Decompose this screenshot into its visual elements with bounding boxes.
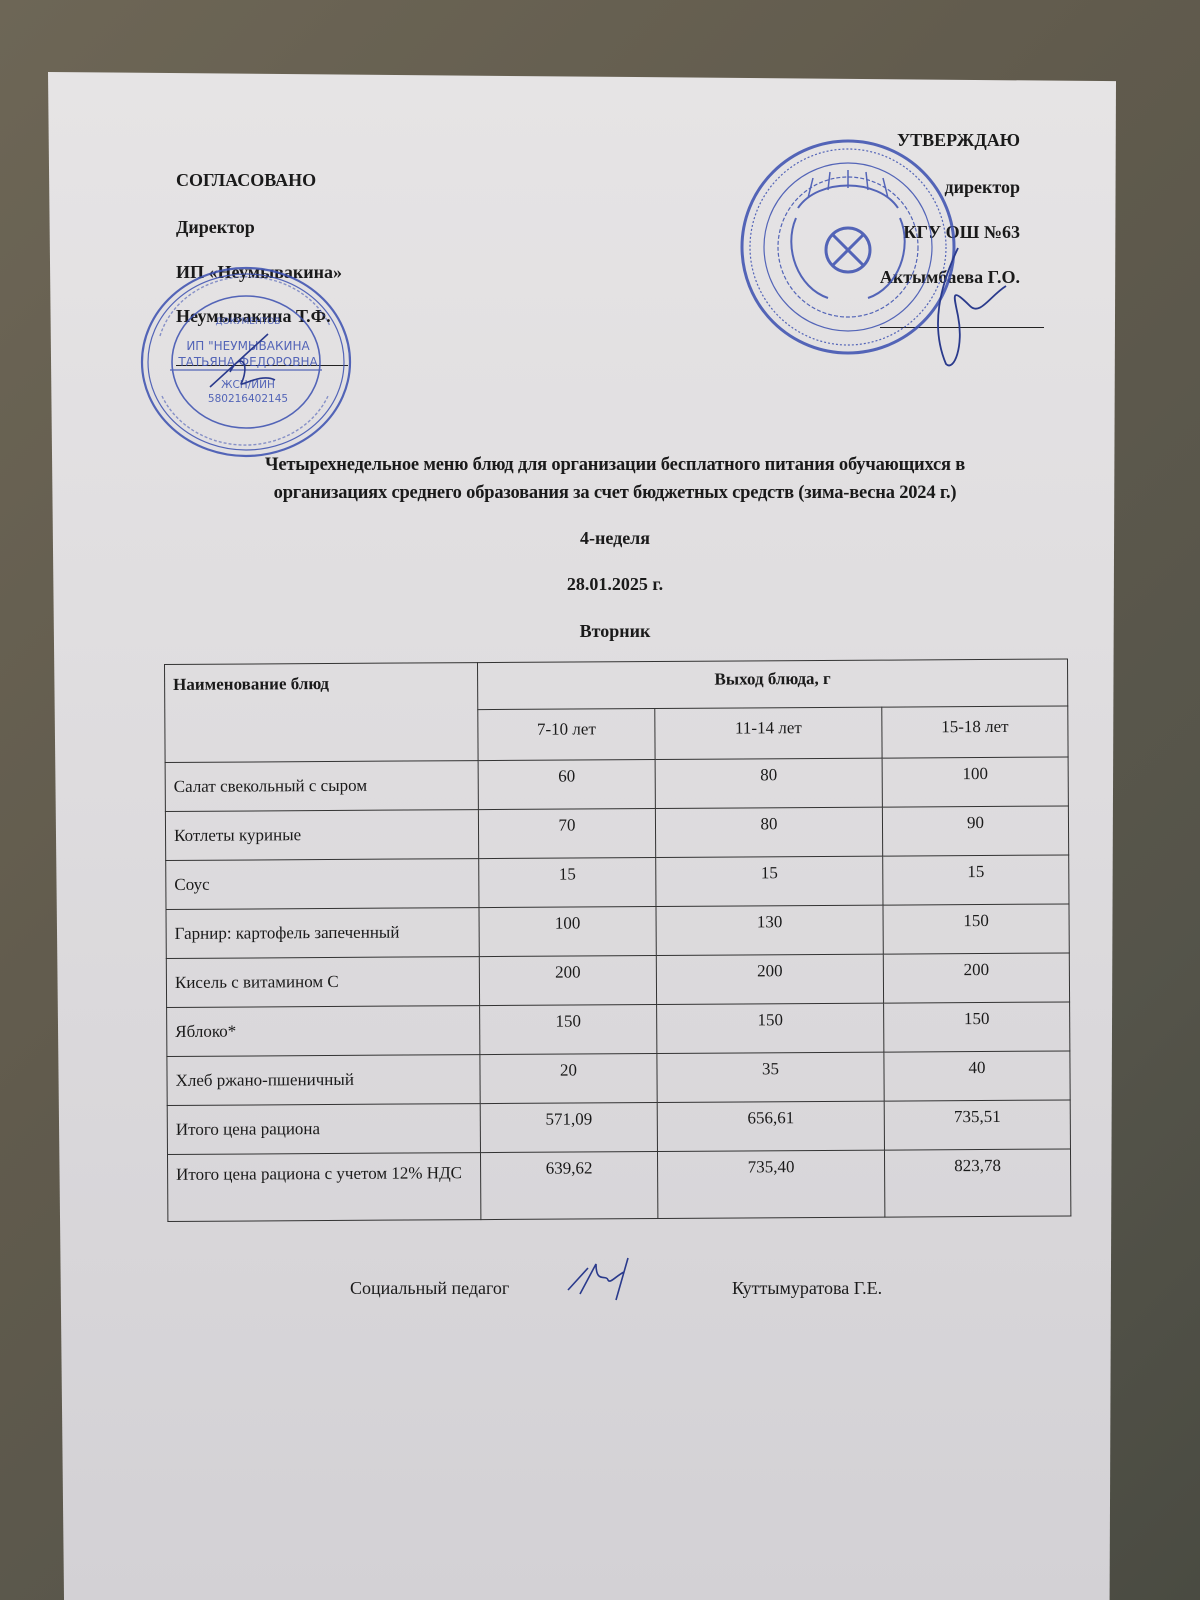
column-header-age-15-18: 15-18 лет bbox=[882, 706, 1068, 758]
yield-value-cell: 90 bbox=[882, 806, 1068, 856]
yield-value-cell: 40 bbox=[884, 1051, 1070, 1101]
dish-name-cell: Соус bbox=[166, 859, 479, 910]
yield-value-cell: 70 bbox=[478, 809, 655, 859]
yield-value-cell: 15 bbox=[479, 858, 656, 908]
svg-text:580216402145: 580216402145 bbox=[208, 393, 288, 405]
dish-name-cell: Кисель с витамином С bbox=[166, 957, 479, 1008]
dish-name-cell: Итого цена рациона с учетом 12% НДС bbox=[167, 1153, 480, 1222]
table-row: Кисель с витамином С200200200 bbox=[166, 953, 1069, 1008]
dish-name-cell: Яблоко* bbox=[167, 1006, 480, 1057]
yield-value-cell: 200 bbox=[883, 953, 1069, 1003]
yield-value-cell: 15 bbox=[883, 855, 1069, 905]
table-row: Хлеб ржано-пшеничный203540 bbox=[167, 1051, 1070, 1106]
yield-value-cell: 823,78 bbox=[884, 1149, 1070, 1217]
document-title-line2: организациях среднего образования за сче… bbox=[170, 479, 1060, 507]
yield-value-cell: 60 bbox=[478, 760, 655, 810]
yield-value-cell: 100 bbox=[882, 757, 1068, 807]
dish-name-cell: Хлеб ржано-пшеничный bbox=[167, 1055, 480, 1106]
yield-value-cell: 150 bbox=[657, 1003, 884, 1053]
yield-value-cell: 735,51 bbox=[884, 1100, 1070, 1150]
yield-value-cell: 200 bbox=[656, 954, 883, 1004]
table-row: Котлеты куриные708090 bbox=[165, 806, 1068, 861]
yield-value-cell: 735,40 bbox=[657, 1150, 884, 1218]
document-title-line1: Четырехнедельное меню блюд для организац… bbox=[170, 451, 1060, 479]
table-row: Итого цена рациона571,09656,61735,51 bbox=[167, 1100, 1070, 1155]
yield-value-cell: 20 bbox=[480, 1053, 657, 1103]
dish-name-cell: Салат свекольный с сыром bbox=[165, 761, 478, 812]
table-row: Яблоко*150150150 bbox=[167, 1002, 1070, 1057]
yield-value-cell: 656,61 bbox=[657, 1101, 884, 1151]
menu-table: Наименование блюд Выход блюда, г 7-10 ле… bbox=[164, 658, 1071, 1222]
yield-value-cell: 150 bbox=[883, 904, 1069, 954]
column-header-dish-name: Наименование блюд bbox=[165, 663, 479, 763]
svg-text:ДОКУМЕНТОВ: ДОКУМЕНТОВ bbox=[216, 317, 281, 327]
day-label: Вторник bbox=[170, 621, 1060, 642]
week-label: 4-неделя bbox=[170, 528, 1060, 549]
yield-value-cell: 200 bbox=[479, 955, 656, 1005]
yield-value-cell: 35 bbox=[657, 1052, 884, 1102]
column-header-yield: Выход блюда, г bbox=[477, 659, 1067, 710]
table-row: Салат свекольный с сыром6080100 bbox=[165, 757, 1068, 812]
dish-name-cell: Гарнир: картофель запеченный bbox=[166, 908, 479, 959]
signature-left-icon bbox=[170, 332, 280, 392]
yield-value-cell: 80 bbox=[655, 807, 882, 857]
dish-name-cell: Котлеты куриные bbox=[165, 810, 478, 861]
signature-footer-icon bbox=[566, 1254, 632, 1304]
yield-value-cell: 100 bbox=[479, 906, 656, 956]
yield-value-cell: 150 bbox=[884, 1002, 1070, 1052]
column-header-age-11-14: 11-14 лет bbox=[655, 707, 882, 759]
yield-value-cell: 571,09 bbox=[480, 1102, 657, 1152]
yield-value-cell: 80 bbox=[655, 758, 882, 808]
table-row: Итого цена рациона с учетом 12% НДС639,6… bbox=[167, 1149, 1070, 1222]
footer-name: Куттымуратова Г.Е. bbox=[732, 1278, 882, 1299]
table-row: Соус151515 bbox=[166, 855, 1069, 910]
date-label: 28.01.2025 г. bbox=[170, 574, 1060, 595]
yield-value-cell: 639,62 bbox=[480, 1151, 657, 1219]
signature-right-icon bbox=[910, 246, 1010, 372]
yield-value-cell: 150 bbox=[480, 1004, 657, 1054]
column-header-age-7-10: 7-10 лет bbox=[478, 709, 655, 761]
yield-value-cell: 15 bbox=[656, 856, 883, 906]
dish-name-cell: Итого цена рациона bbox=[167, 1104, 480, 1155]
footer-role: Социальный педагог bbox=[350, 1278, 509, 1299]
table-row: Гарнир: картофель запеченный100130150 bbox=[166, 904, 1069, 959]
yield-value-cell: 130 bbox=[656, 905, 883, 955]
approval-left-role: Директор bbox=[176, 217, 255, 238]
approval-left-heading: СОГЛАСОВАНО bbox=[176, 170, 316, 191]
